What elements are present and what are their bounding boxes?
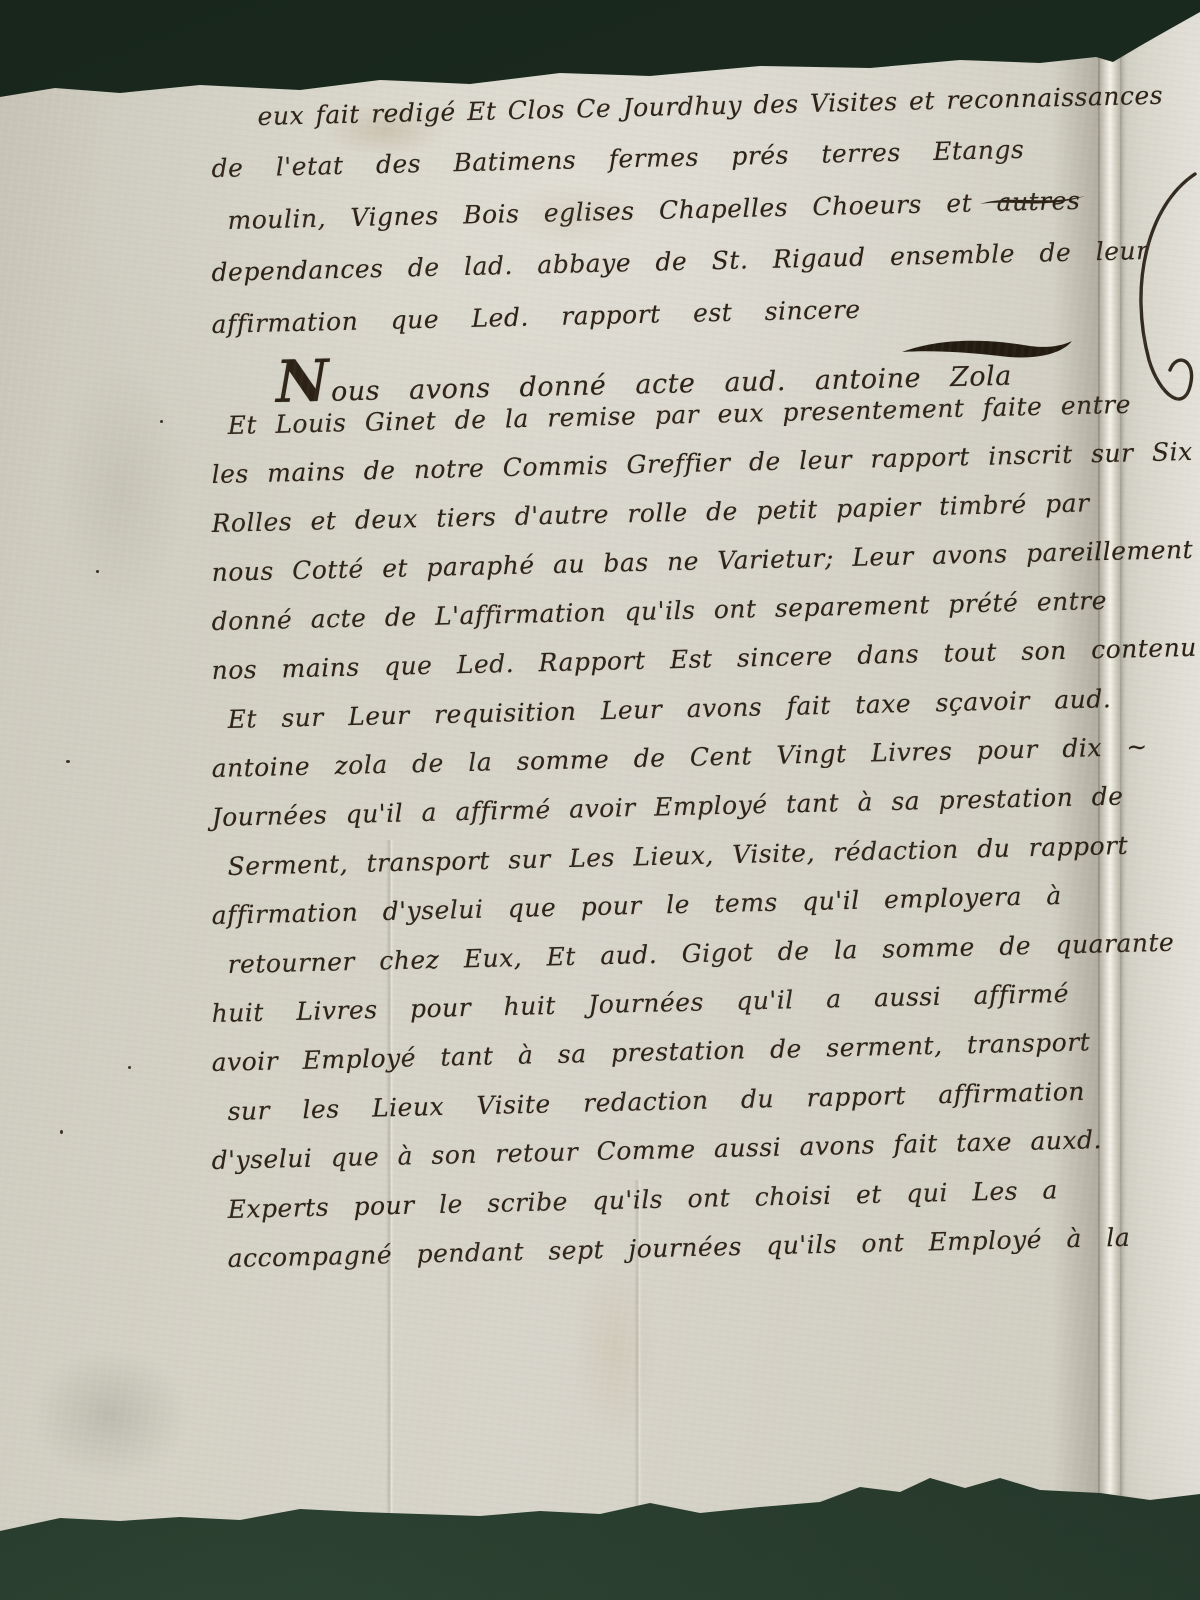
- ink-speck: [66, 760, 70, 763]
- ink-speck: [60, 1130, 63, 1134]
- manuscript-text: eux fait redigé Et Clos Ce Jourdhuy des …: [212, 102, 1112, 1293]
- ink-speck: [128, 1066, 131, 1069]
- ink-speck: [160, 420, 163, 423]
- facing-page-pen-flourish: [1125, 168, 1200, 458]
- paper-stain: [10, 1330, 210, 1500]
- ink-speck: [96, 570, 99, 573]
- paper-stain: [40, 330, 200, 650]
- manuscript-page: eux fait redigé Et Clos Ce Jourdhuy des …: [0, 0, 1200, 1600]
- photo-backdrop: eux fait redigé Et Clos Ce Jourdhuy des …: [0, 0, 1200, 1600]
